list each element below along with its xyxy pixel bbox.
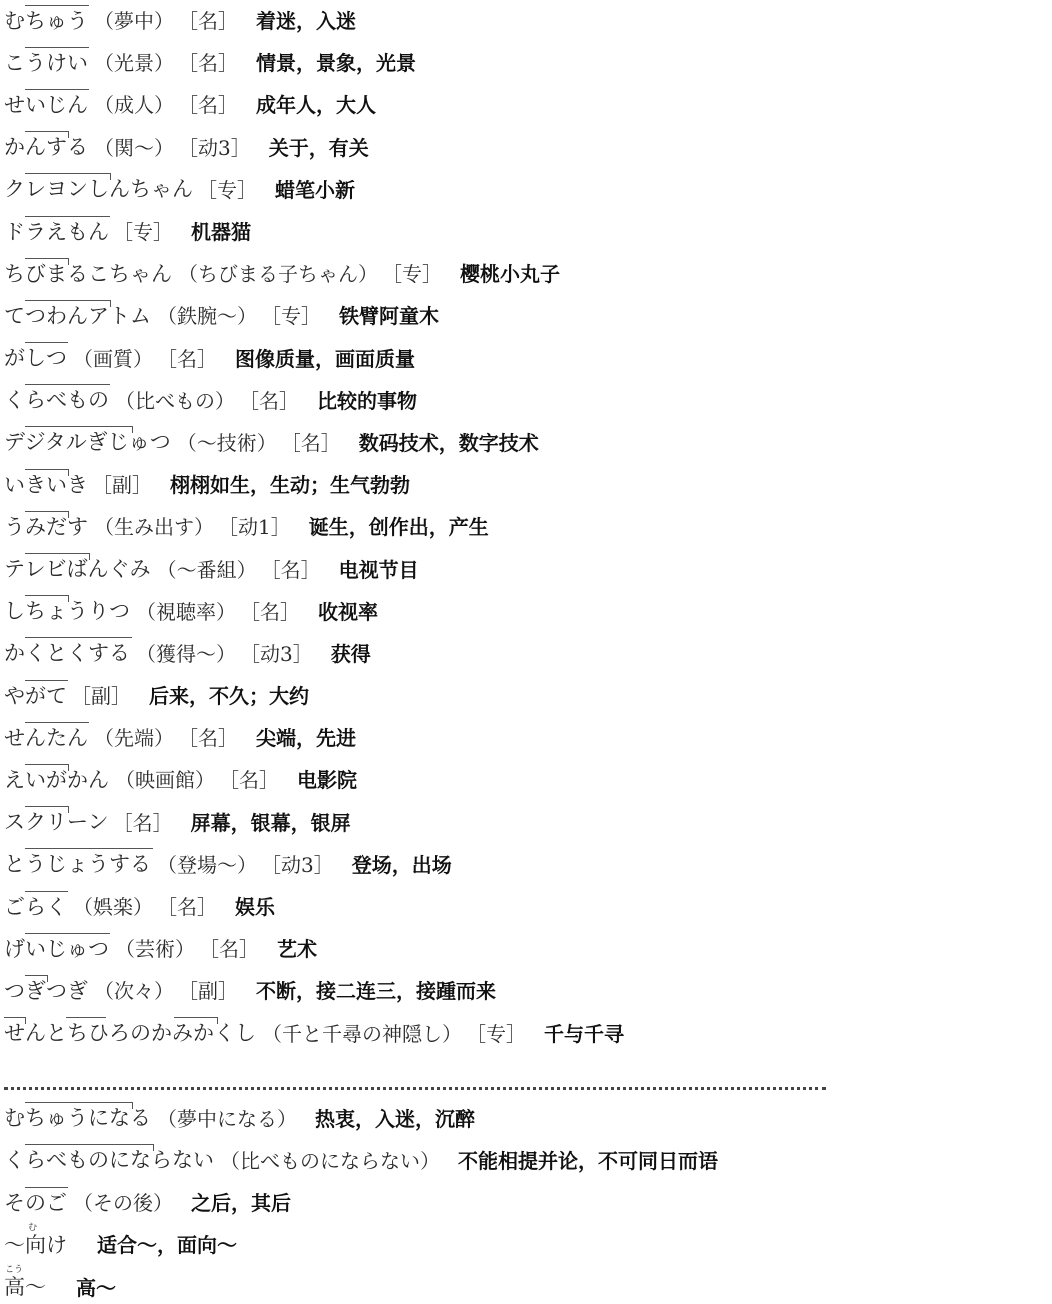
pitch-accent-line — [25, 300, 111, 307]
chinese-meaning: 娱乐 — [235, 897, 275, 917]
kana-text: スクリーン — [4, 810, 109, 834]
kanji-form: （映画館） — [115, 770, 215, 790]
part-of-speech: ［副］ — [71, 686, 131, 706]
pitch-accent-line — [25, 384, 110, 391]
kana-text: こうけい — [4, 51, 88, 75]
kana-text: くらべものにならない — [4, 1148, 214, 1172]
pitch-accent-line — [25, 722, 89, 729]
kana-reading: クレヨンしんちゃん — [4, 179, 193, 200]
kana-text: ～向け — [4, 1233, 67, 1257]
chinese-meaning: 不断，接二连三，接踵而来 — [256, 981, 496, 1001]
chinese-meaning: 电视节目 — [339, 560, 419, 580]
part-of-speech: ［专］ — [382, 264, 442, 284]
dotted-divider — [4, 1067, 826, 1090]
chinese-meaning: 千与千寻 — [544, 1024, 624, 1044]
kana-text: テレビばんぐみ — [4, 557, 151, 581]
kanji-form: （～技術） — [177, 433, 277, 453]
kana-text: クレヨンしんちゃん — [4, 177, 193, 201]
kana-text: デジタルぎじゅつ — [4, 430, 171, 454]
chinese-meaning: 着迷，入迷 — [256, 11, 356, 31]
part-of-speech: ［专］ — [261, 306, 321, 326]
vocab-entry: こうけい（光景）［名］情景，景象，光景 — [4, 42, 1044, 84]
kanji-form: （～番組） — [157, 560, 257, 580]
vocab-entry: テレビばんぐみ（～番組）［名］电视节目 — [4, 548, 1044, 590]
kanji-form: （生み出す） — [94, 517, 214, 537]
chinese-meaning: 尖端，先进 — [256, 728, 356, 748]
part-of-speech: ［名］ — [178, 11, 238, 31]
chinese-meaning: 之后，其后 — [191, 1193, 291, 1213]
kana-text: かくとくする — [4, 641, 130, 665]
kana-text: せんとちひろのかみかくし — [4, 1021, 256, 1045]
chinese-meaning: 图像质量，画面质量 — [235, 349, 415, 369]
chinese-meaning: 铁臂阿童木 — [339, 306, 439, 326]
kanji-form: （比べものにならない） — [220, 1151, 440, 1171]
vocab-entry: やがて［副］后来，不久；大约 — [4, 675, 1044, 717]
kana-text: せいじん — [4, 93, 88, 117]
pitch-accent-line — [25, 5, 89, 12]
kana-reading: ごらく — [4, 897, 67, 918]
kana-reading: そのご — [4, 1193, 67, 1214]
chinese-meaning: 樱桃小丸子 — [460, 264, 560, 284]
kanji-form: （芸術） — [115, 939, 195, 959]
pitch-accent-line — [25, 216, 110, 223]
kana-text: ドラえもん — [4, 220, 109, 244]
chinese-meaning: 数码技术，数字技术 — [359, 433, 539, 453]
kana-reading: ちびまるこちゃん — [4, 264, 172, 285]
part-of-speech: ［专］ — [197, 180, 257, 200]
chinese-meaning: 诞生，创作出，产生 — [309, 517, 489, 537]
kana-reading: デジタルぎじゅつ — [4, 432, 171, 453]
chinese-meaning: 不能相提并论，不可同日而语 — [458, 1151, 718, 1171]
kanji-form: （比べもの） — [115, 391, 235, 411]
pitch-accent-line — [25, 258, 69, 265]
kana-text: ちびまるこちゃん — [4, 262, 172, 286]
chinese-meaning: 情景，景象，光景 — [256, 53, 416, 73]
kana-text: つぎつぎ — [4, 979, 88, 1003]
kanji-form: （視聴率） — [136, 602, 236, 622]
kana-reading: スクリーン — [4, 812, 109, 833]
chinese-meaning: 获得 — [331, 644, 371, 664]
chinese-meaning: 机器猫 — [191, 222, 251, 242]
kanji-form: （次々） — [94, 981, 174, 1001]
pitch-accent-line — [25, 680, 68, 687]
kanji-form: （登場～） — [157, 855, 257, 875]
kana-reading: テレビばんぐみ — [4, 559, 151, 580]
kana-text: かんする — [4, 135, 88, 159]
chinese-meaning: 栩栩如生，生动；生气勃勃 — [170, 475, 410, 495]
kana-reading: いきいき — [4, 475, 88, 496]
kana-text: いきいき — [4, 473, 88, 497]
part-of-speech: ［动3］ — [261, 855, 334, 875]
kanji-form: （ちびまる子ちゃん） — [178, 264, 378, 284]
kanji-form: （画質） — [73, 349, 153, 369]
vocab-entry: かんする（関～）［动3］关于，有关 — [4, 127, 1044, 169]
pitch-accent-line — [25, 131, 69, 138]
kana-reading: えいがかん — [4, 770, 109, 791]
phrase-entry: こう高～高～ — [4, 1266, 1044, 1304]
phrase-entry: むちゅうになる（夢中になる）热衷，入迷，沉醉 — [4, 1098, 1044, 1140]
kanji-form: （千と千尋の神隠し） — [262, 1024, 462, 1044]
kana-text: げいじゅつ — [4, 937, 109, 961]
kana-reading: むちゅう — [4, 11, 88, 32]
pitch-accent-line — [174, 1017, 218, 1024]
kana-reading: とうじょうする — [4, 854, 151, 875]
phrase-list: むちゅうになる（夢中になる）热衷，入迷，沉醉くらべものにならない（比べものになら… — [4, 1098, 1044, 1304]
kana-reading: ドラえもん — [4, 222, 109, 243]
pitch-accent-line — [25, 553, 90, 560]
phrase-entry: む～向け适合～，面向～ — [4, 1224, 1044, 1266]
kanji-form: （成人） — [94, 95, 174, 115]
part-of-speech: ［名］ — [178, 53, 238, 73]
vocab-entry: がしつ（画質）［名］图像质量，画面质量 — [4, 338, 1044, 380]
kana-reading: げいじゅつ — [4, 939, 109, 960]
pitch-accent-line — [25, 637, 132, 644]
part-of-speech: ［名］ — [178, 728, 238, 748]
part-of-speech: ［副］ — [178, 981, 238, 1001]
kana-text: むちゅう — [4, 9, 88, 33]
vocab-entry: えいがかん（映画館）［名］电影院 — [4, 759, 1044, 801]
kana-reading: せんたん — [4, 728, 88, 749]
kana-text: てつわんアトム — [4, 304, 151, 328]
chinese-meaning: 适合～，面向～ — [97, 1235, 237, 1255]
vocab-entry: ごらく（娯楽）［名］娱乐 — [4, 886, 1044, 928]
kanji-form: （娯楽） — [73, 897, 153, 917]
vocab-entry: むちゅう（夢中）［名］着迷，入迷 — [4, 0, 1044, 42]
part-of-speech: ［副］ — [92, 475, 152, 495]
chinese-meaning: 成年人，大人 — [256, 95, 376, 115]
kana-reading: かんする — [4, 137, 88, 158]
vocab-entry: ちびまるこちゃん（ちびまる子ちゃん）［专］樱桃小丸子 — [4, 253, 1044, 295]
kana-text: くらべもの — [4, 388, 109, 412]
kanji-form: （先端） — [94, 728, 174, 748]
part-of-speech: ［名］ — [157, 897, 217, 917]
part-of-speech: ［名］ — [219, 770, 279, 790]
kana-reading: こう高～ — [4, 1277, 46, 1298]
pitch-accent-line — [25, 764, 69, 771]
vocabulary-list: むちゅう（夢中）［名］着迷，入迷こうけい（光景）［名］情景，景象，光景せいじん（… — [4, 0, 1044, 1304]
pitch-accent-line — [25, 342, 68, 349]
part-of-speech: ［名］ — [261, 560, 321, 580]
part-of-speech: ［名］ — [199, 939, 259, 959]
kana-text: とうじょうする — [4, 852, 151, 876]
part-of-speech: ［动3］ — [240, 644, 313, 664]
chinese-meaning: 高～ — [76, 1278, 116, 1298]
pitch-accent-line — [25, 469, 69, 476]
kana-text: そのご — [4, 1191, 67, 1215]
kana-text: せんたん — [4, 726, 88, 750]
vocab-entry: クレヨンしんちゃん［专］蜡笔小新 — [4, 169, 1044, 211]
pitch-accent-line — [25, 511, 69, 518]
kana-reading: せんとちひろのかみかくし — [4, 1023, 256, 1044]
vocab-entry: げいじゅつ（芸術）［名］艺术 — [4, 928, 1044, 970]
pitch-accent-line — [25, 806, 69, 813]
kana-reading: くらべものにならない — [4, 1150, 214, 1171]
kanji-form: （関～） — [94, 138, 174, 158]
kana-text: むちゅうになる — [4, 1106, 151, 1130]
kana-text: うみだす — [4, 515, 88, 539]
pitch-accent-line — [25, 47, 89, 54]
chinese-meaning: 后来，不久；大约 — [149, 686, 309, 706]
vocab-entry: せんとちひろのかみかくし（千と千尋の神隠し）［专］千与千寻 — [4, 1013, 1044, 1055]
pitch-accent-line — [66, 1017, 106, 1024]
kanji-form: （光景） — [94, 53, 174, 73]
kanji-form: （夢中） — [94, 11, 174, 31]
pitch-accent-line — [25, 848, 153, 855]
kana-text: えいがかん — [4, 768, 109, 792]
part-of-speech: ［专］ — [113, 222, 173, 242]
chinese-meaning: 屏幕，银幕，银屏 — [191, 813, 351, 833]
vocab-entry: てつわんアトム（鉄腕～）［专］铁臂阿童木 — [4, 295, 1044, 337]
vocab-entry: くらべもの（比べもの）［名］比较的事物 — [4, 380, 1044, 422]
pitch-accent-line — [25, 173, 111, 180]
kana-text: やがて — [4, 684, 67, 708]
kana-text: 高～ — [4, 1275, 46, 1299]
phrase-entry: くらべものにならない（比べものにならない）不能相提并论，不可同日而语 — [4, 1140, 1044, 1182]
vocab-entry: デジタルぎじゅつ（～技術）［名］数码技术，数字技术 — [4, 422, 1044, 464]
pitch-accent-line — [25, 595, 69, 602]
kanji-form: （獲得～） — [136, 644, 236, 664]
pitch-accent-line — [25, 891, 68, 898]
chinese-meaning: 热衷，入迷，沉醉 — [315, 1109, 475, 1129]
pitch-accent-line — [25, 975, 47, 982]
part-of-speech: ［专］ — [466, 1024, 526, 1044]
kana-reading: しちょうりつ — [4, 601, 130, 622]
kana-text: しちょうりつ — [4, 599, 130, 623]
part-of-speech: ［动3］ — [178, 138, 251, 158]
vocab-entry: とうじょうする（登場～）［动3］登场，出场 — [4, 844, 1044, 886]
vocab-entry: せいじん（成人）［名］成年人，大人 — [4, 84, 1044, 126]
kana-reading: こうけい — [4, 53, 88, 74]
kanji-form: （鉄腕～） — [157, 306, 257, 326]
part-of-speech: ［名］ — [281, 433, 341, 453]
kanji-form: （夢中になる） — [157, 1109, 297, 1129]
kana-reading: むちゅうになる — [4, 1108, 151, 1129]
chinese-meaning: 蜡笔小新 — [275, 180, 355, 200]
furigana: む — [28, 1224, 37, 1233]
part-of-speech: ［名］ — [178, 95, 238, 115]
part-of-speech: ［名］ — [239, 391, 299, 411]
phrase-entry: そのご（その後）之后，其后 — [4, 1182, 1044, 1224]
vocab-entry: せんたん（先端）［名］尖端，先进 — [4, 717, 1044, 759]
kana-reading: せいじん — [4, 95, 88, 116]
chinese-meaning: 关于，有关 — [269, 138, 369, 158]
pitch-accent-line — [25, 426, 133, 433]
vocab-entry: ドラえもん［专］机器猫 — [4, 211, 1044, 253]
pitch-accent-line — [25, 1144, 154, 1151]
kana-reading: てつわんアトム — [4, 306, 151, 327]
vocab-entry: いきいき［副］栩栩如生，生动；生气勃勃 — [4, 464, 1044, 506]
pitch-accent-line — [25, 1102, 133, 1109]
chinese-meaning: 收视率 — [318, 602, 378, 622]
chinese-meaning: 登场，出场 — [352, 855, 452, 875]
pitch-accent-line — [4, 1017, 26, 1024]
part-of-speech: ［名］ — [240, 602, 300, 622]
pitch-accent-line — [25, 933, 110, 940]
part-of-speech: ［名］ — [113, 813, 173, 833]
kana-reading: つぎつぎ — [4, 981, 88, 1002]
chinese-meaning: 比较的事物 — [317, 391, 417, 411]
kana-reading: うみだす — [4, 517, 88, 538]
pitch-accent-line — [25, 1187, 68, 1194]
vocab-entry: しちょうりつ（視聴率）［名］收视率 — [4, 591, 1044, 633]
part-of-speech: ［名］ — [157, 349, 217, 369]
chinese-meaning: 电影院 — [297, 770, 357, 790]
pitch-accent-line — [25, 89, 89, 96]
vocab-entry: スクリーン［名］屏幕，银幕，银屏 — [4, 802, 1044, 844]
part-of-speech: ［动1］ — [218, 517, 291, 537]
kana-reading: がしつ — [4, 348, 67, 369]
kana-text: ごらく — [4, 895, 67, 919]
vocab-entry: つぎつぎ（次々）［副］不断，接二连三，接踵而来 — [4, 970, 1044, 1012]
kana-reading: む～向け — [4, 1235, 67, 1256]
kana-reading: かくとくする — [4, 643, 130, 664]
vocab-entry: うみだす（生み出す）［动1］诞生，创作出，产生 — [4, 506, 1044, 548]
furigana: こう — [5, 1266, 23, 1275]
kana-reading: やがて — [4, 686, 67, 707]
chinese-meaning: 艺术 — [277, 939, 317, 959]
kana-reading: くらべもの — [4, 390, 109, 411]
kanji-form: （その後） — [73, 1193, 173, 1213]
kana-text: がしつ — [4, 346, 67, 370]
vocab-entry: かくとくする（獲得～）［动3］获得 — [4, 633, 1044, 675]
